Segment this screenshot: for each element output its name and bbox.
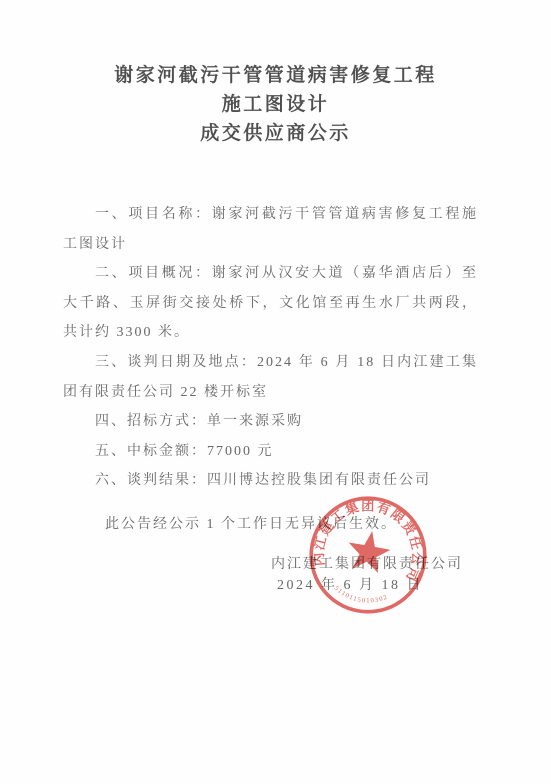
title-line-1: 谢家河截污干管管道病害修复工程 xyxy=(0,61,551,90)
paragraph-project-name: 一、项目名称：谢家河截污干管管道病害修复工程施工图设计 xyxy=(63,200,478,259)
title-line-3: 成交供应商公示 xyxy=(0,119,551,148)
document-body: 一、项目名称：谢家河截污干管管道病害修复工程施工图设计 二、项目概况：谢家河从汉… xyxy=(63,200,478,540)
paragraph-negotiation-date-place: 三、谈判日期及地点：2024 年 6 月 18 日内江建工集团有限责任公司 22… xyxy=(63,348,478,407)
paragraph-bidding-method: 四、招标方式：单一来源采购 xyxy=(63,407,478,437)
paragraph-award-amount: 五、中标金额：77000 元 xyxy=(63,437,478,467)
closing-statement: 此公告经公示 1 个工作日无异议后生效。 xyxy=(63,510,478,540)
paragraph-negotiation-result: 六、谈判结果：四川博达控股集团有限责任公司 xyxy=(63,466,478,496)
title-line-2: 施工图设计 xyxy=(0,90,551,119)
signature-company: 内江建工集团有限责任公司 xyxy=(271,553,463,573)
signature-date: 2024 年 6 月 18 日 xyxy=(277,574,423,594)
document-page: 谢家河截污干管管道病害修复工程 施工图设计 成交供应商公示 一、项目名称：谢家河… xyxy=(0,0,551,784)
paragraph-project-overview: 二、项目概况：谢家河从汉安大道（嘉华酒店后）至大千路、玉屏街交接处桥下，文化馆至… xyxy=(63,259,478,348)
document-title: 谢家河截污干管管道病害修复工程 施工图设计 成交供应商公示 xyxy=(0,61,551,148)
